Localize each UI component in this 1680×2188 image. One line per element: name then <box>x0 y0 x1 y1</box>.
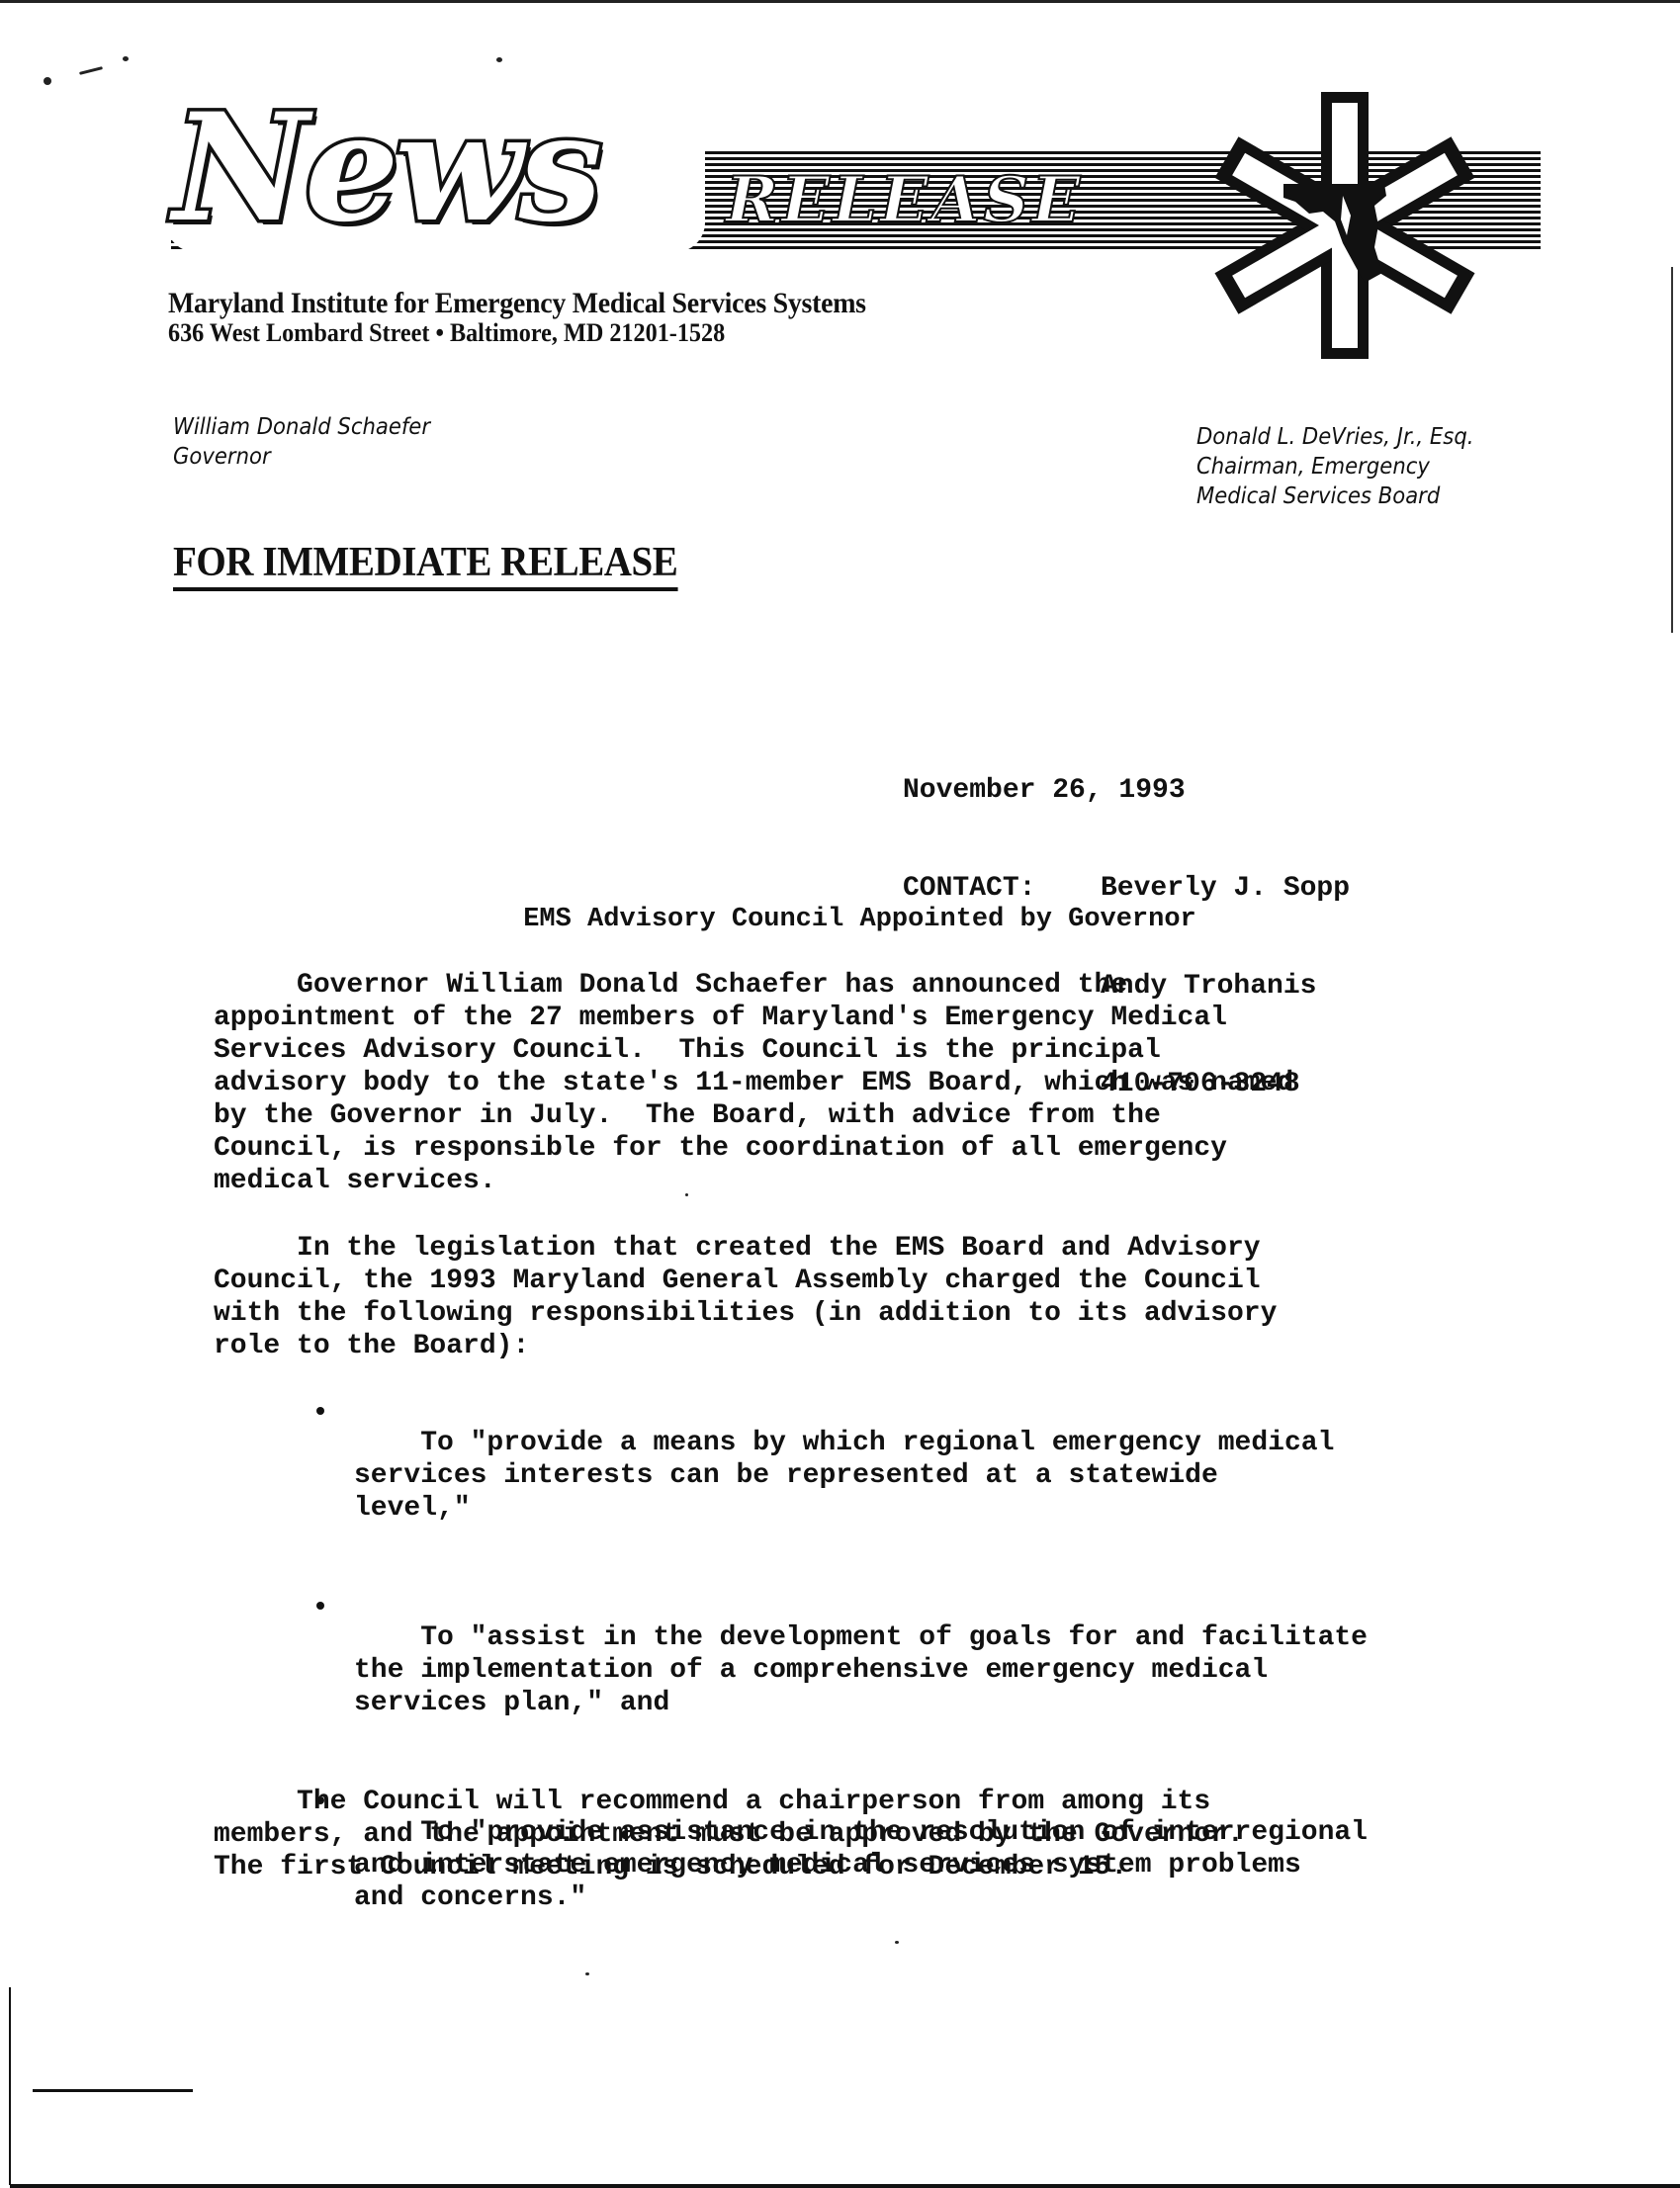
scan-speck <box>123 56 129 61</box>
article-paragraph: In the legislation that created the EMS … <box>214 1232 1578 1362</box>
governor-block: William Donald Schaefer Governor <box>173 412 430 472</box>
contact-name: Beverly J. Sopp <box>1101 872 1350 905</box>
footnote-rule <box>33 2089 193 2092</box>
bullet-icon <box>316 1407 324 1415</box>
bullet-icon <box>316 1602 324 1610</box>
article-paragraph: The Council will recommend a chairperson… <box>214 1786 1578 1883</box>
organization-name: Maryland Institute for Emergency Medical… <box>168 288 866 319</box>
chairman-name: Donald L. DeVries, Jr., Esq. <box>1196 422 1473 452</box>
scan-speck <box>79 66 103 75</box>
scan-border-bottom <box>10 2184 1680 2188</box>
list-item-text: To "assist in the development of goals f… <box>354 1622 1368 1718</box>
article-paragraph: Governor William Donald Schaefer has ann… <box>214 969 1578 1197</box>
scan-border-top <box>0 0 1680 3</box>
scan-border-left <box>9 1987 11 2185</box>
star-of-life-icon <box>1196 92 1493 359</box>
chairman-block: Donald L. DeVries, Jr., Esq. Chairman, E… <box>1196 422 1473 511</box>
chairman-title-line1: Chairman, Emergency <box>1196 452 1473 481</box>
scan-speck <box>496 57 502 62</box>
scan-border-right <box>1671 267 1673 633</box>
release-date: November 26, 1993 <box>903 774 1350 807</box>
governor-name: William Donald Schaefer <box>173 412 430 442</box>
scan-speck <box>44 77 51 85</box>
chairman-title-line2: Medical Services Board <box>1196 481 1473 511</box>
organization-address: 636 West Lombard Street • Baltimore, MD … <box>168 319 725 347</box>
contact-label: CONTACT: <box>903 872 1101 905</box>
release-logo: RELEASE <box>722 153 1087 248</box>
list-item: To "provide a means by which regional em… <box>307 1394 1368 1557</box>
release-type-heading: FOR IMMEDIATE RELEASE <box>173 539 677 591</box>
news-logo: News <box>173 84 598 252</box>
masthead: News RELEASE Maryland Institute for Emer… <box>168 94 1543 361</box>
governor-title: Governor <box>173 442 430 472</box>
article-title: EMS Advisory Council Appointed by Govern… <box>0 903 1680 936</box>
list-item: To "assist in the development of goals f… <box>307 1589 1368 1752</box>
responsibilities-list: To "provide a means by which regional em… <box>307 1394 1368 1978</box>
list-item-text: To "provide a means by which regional em… <box>354 1428 1334 1524</box>
